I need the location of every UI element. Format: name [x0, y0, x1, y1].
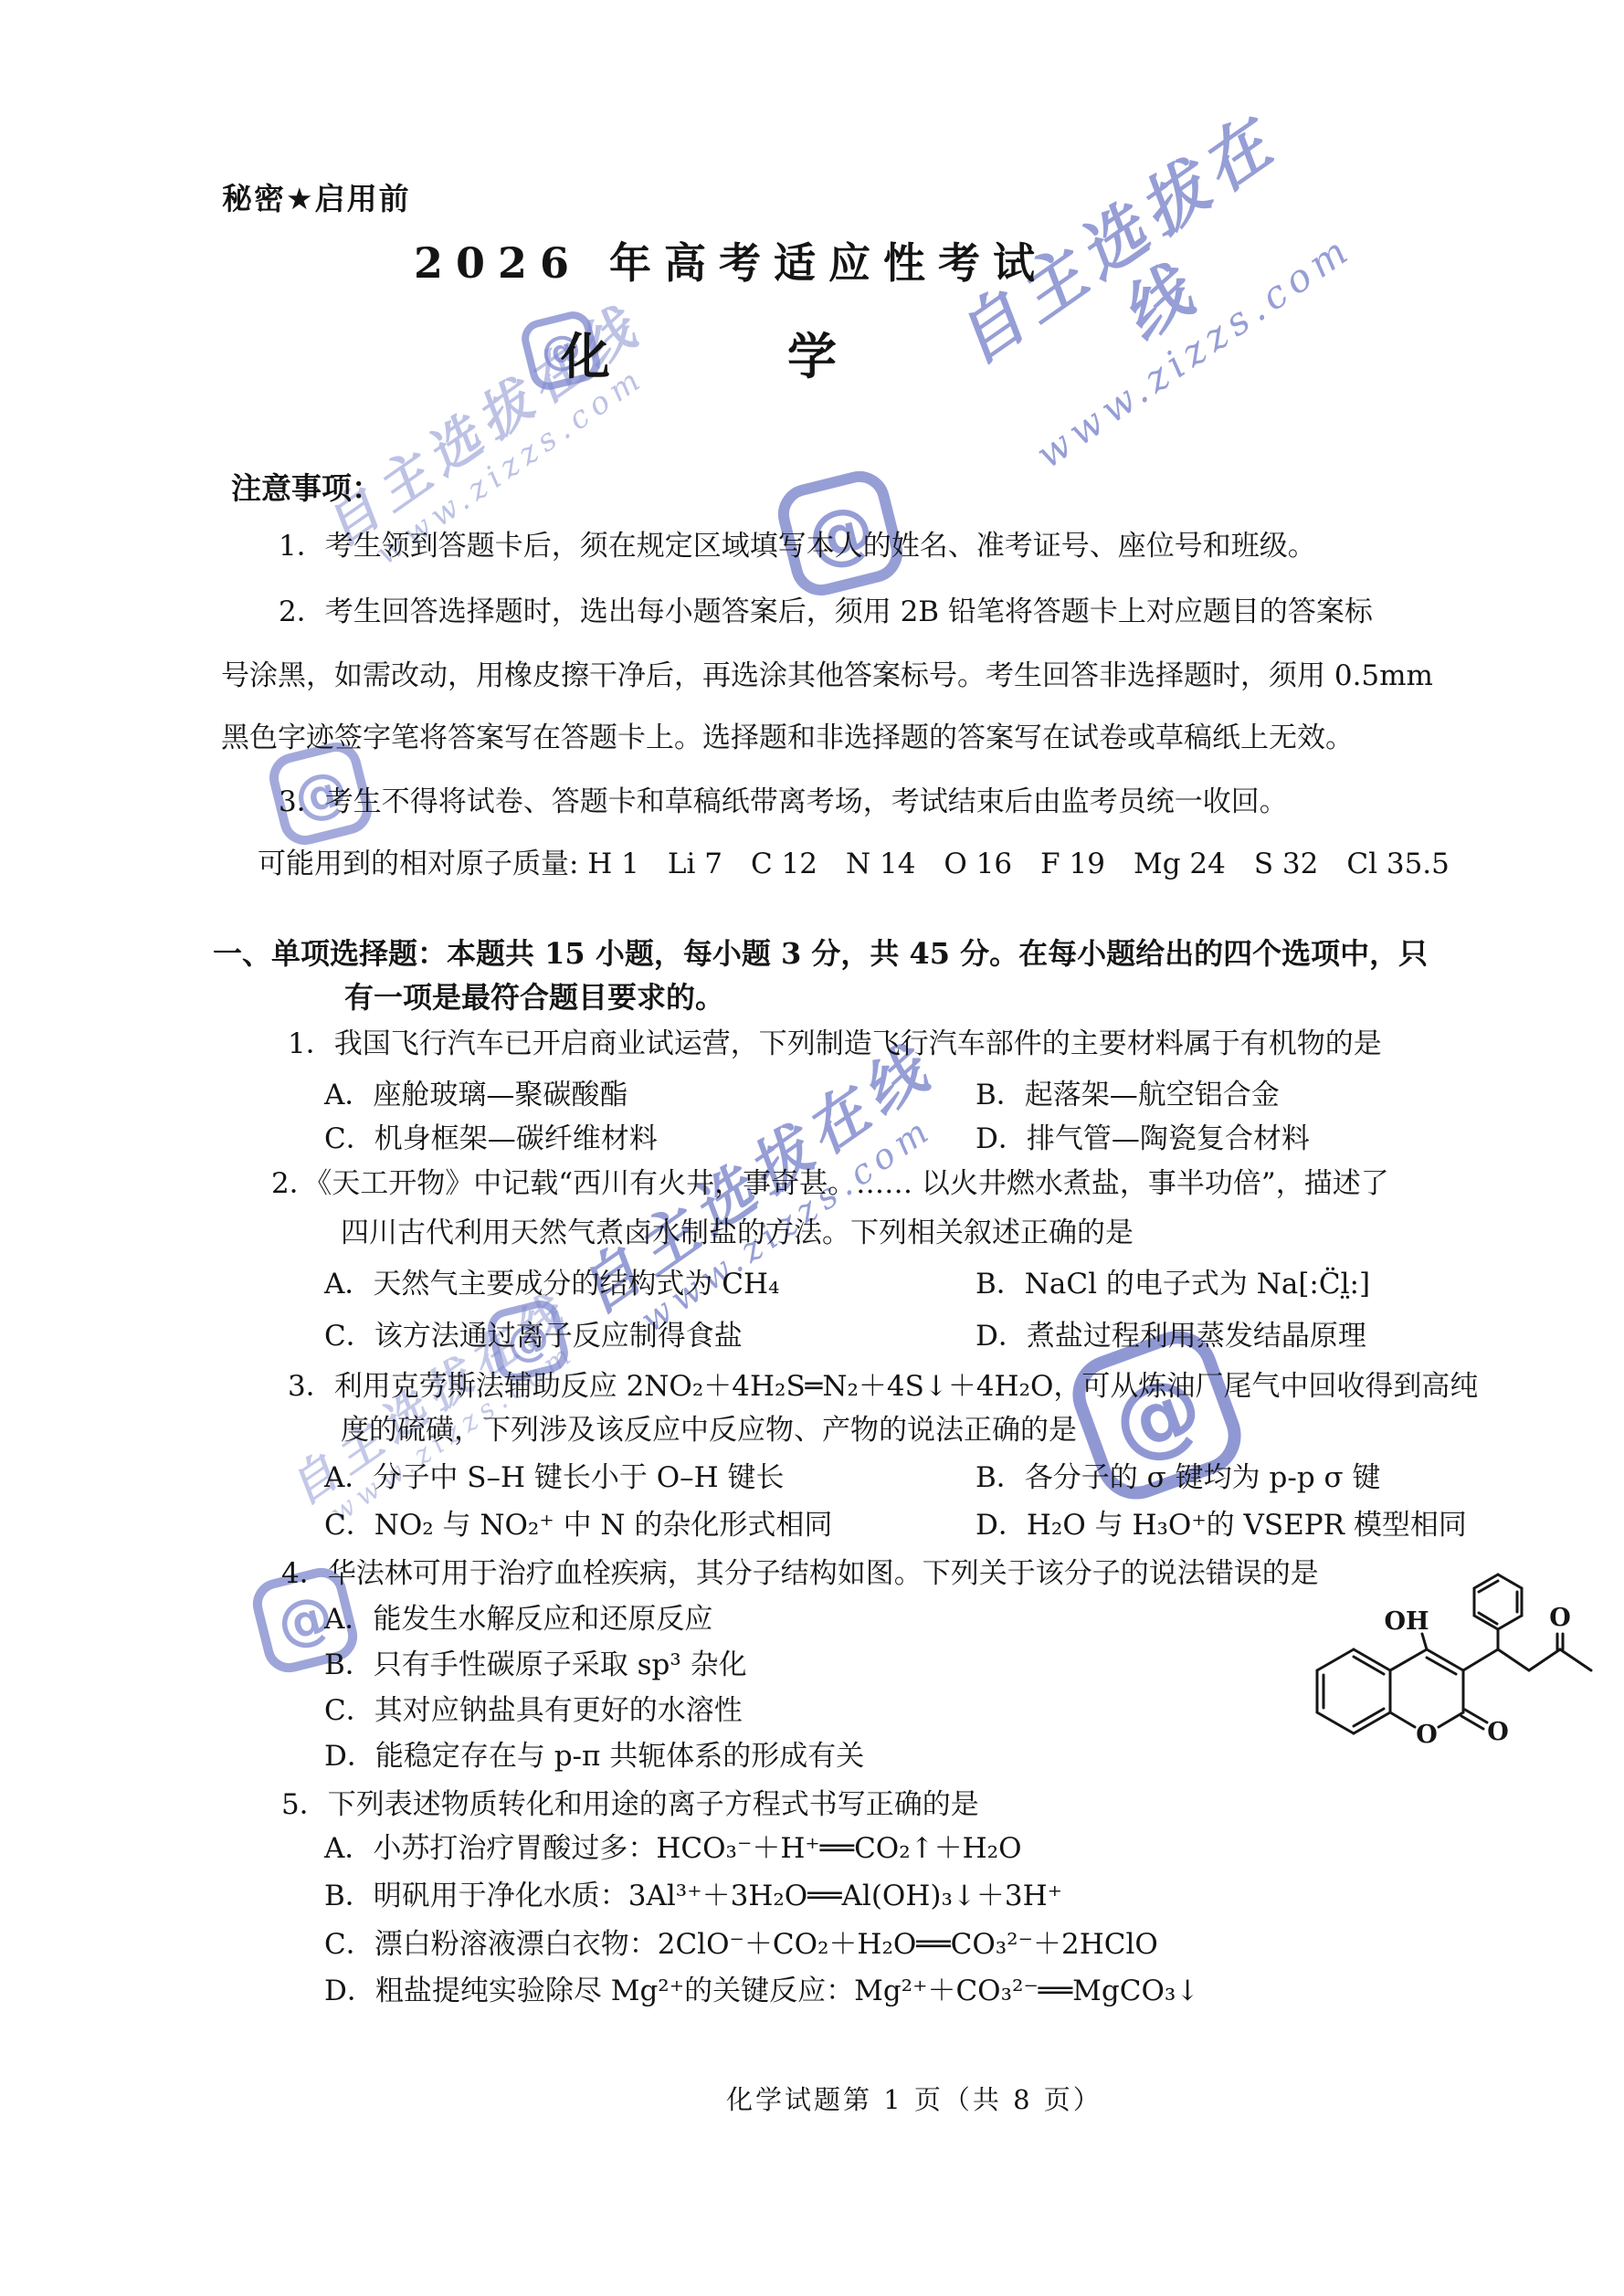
q4-stem: 4．华法林可用于治疗血栓疾病，其分子结构如图。下列关于该分子的说法错误的是	[281, 1557, 1319, 1591]
notice-item-2-line-3: 黑色字迹签字笔将答案写在答题卡上。选择题和非选择题的答案写在试卷或草稿纸上无效。	[221, 721, 1354, 755]
q1-stem: 1．我国飞行汽车已开启商业试运营，下列制造飞行汽车部件的主要材料属于有机物的是	[288, 1027, 1382, 1061]
q1-option-a: A．座舱玻璃—聚碳酸酯	[324, 1079, 627, 1112]
q2-stem-line-2: 四川古代利用天然气煮卤水制盐的方法。下列相关叙述正确的是	[341, 1216, 1134, 1250]
page-footer: 化学试题第 1 页（共 8 页）	[726, 2084, 1102, 2116]
ring-oxygen-label: O	[1416, 1721, 1438, 1749]
q3-stem-line-2: 度的硫磺，下列涉及该反应中反应物、产物的说法正确的是	[341, 1414, 1077, 1448]
q2-stem-line-1: 2．《天工开物》中记载“西川有火井，事奇甚。…… 以火井燃水煮盐，事半功倍”，描…	[271, 1167, 1389, 1201]
notice-item-1: 1．考生领到答题卡后，须在规定区域填写本人的姓名、准考证号、座位号和班级。	[279, 530, 1316, 563]
q3-option-c: C．NO₂ 与 NO₂⁺ 中 N 的杂化形式相同	[324, 1509, 832, 1543]
q4-option-b: B．只有手性碳原子采取 sp³ 杂化	[324, 1648, 747, 1682]
q4-option-a: A．能发生水解反应和还原反应	[324, 1603, 712, 1637]
warfarin-structure-diagram: OH O O O	[1299, 1545, 1614, 1773]
q5-stem: 5．下列表述物质转化和用途的离子方程式书写正确的是	[281, 1788, 979, 1822]
hydroxyl-label: OH	[1384, 1607, 1429, 1636]
q2-option-d: D．煮盐过程利用蒸发结晶原理	[975, 1320, 1366, 1353]
watermark-script-q4: 自主选拔在线 www.zizzs.com	[272, 1278, 605, 1545]
q2-option-c: C．该方法通过离子反应制得食盐	[324, 1320, 743, 1353]
q4-option-c: C．其对应钠盐具有更好的水溶性	[324, 1694, 743, 1728]
subject-title: 化 学	[0, 318, 1461, 388]
q1-option-b: B．起落架—航空铝合金	[975, 1079, 1280, 1112]
exam-title: 2026 年高考适应性考试	[0, 230, 1461, 290]
q1-option-d: D．排气管—陶瓷复合材料	[975, 1122, 1310, 1156]
q5-option-d: D．粗盐提纯实验除尽 Mg²⁺的关键反应：Mg²⁺＋CO₃²⁻══MgCO₃↓	[324, 1975, 1199, 2008]
section-intro-line-2: 有一项是最符合题目要求的。	[344, 980, 724, 1015]
q2-option-a: A．天然气主要成分的结构式为 CH₄	[324, 1268, 779, 1301]
exam-page: 自主选拔在线 www.zizzs.com 自主选拔在线 www.zizzs.co…	[0, 0, 1624, 2296]
ketone-oxygen-label: O	[1549, 1604, 1571, 1632]
notice-item-2-line-2: 号涂黑，如需改动，用橡皮擦干净后，再选涂其他答案标号。考生回答非选择题时，须用 …	[221, 659, 1433, 693]
q5-option-a: A．小苏打治疗胃酸过多：HCO₃⁻＋H⁺══CO₂↑＋H₂O	[324, 1832, 1021, 1866]
q2-option-b: B．NaCl 的电子式为 Na[:C̈l̤:]	[975, 1268, 1370, 1301]
notice-item-2-line-1: 2．考生回答选择题时，选出每小题答案后，须用 2B 铅笔将答题卡上对应题目的答案…	[279, 595, 1373, 629]
q3-stem-line-1: 3．利用克劳斯法辅助反应 2NO₂＋4H₂S═N₂＋4S↓＋4H₂O，可从炼油厂…	[288, 1370, 1478, 1404]
q3-option-d: D．H₂O 与 H₃O⁺的 VSEPR 模型相同	[975, 1509, 1467, 1543]
q3-option-a: A．分子中 S–H 键长小于 O–H 键长	[324, 1461, 785, 1495]
q1-option-c: C．机身框架—碳纤维材料	[324, 1122, 658, 1156]
q4-option-d: D．能稳定存在与 p-π 共轭体系的形成有关	[324, 1740, 864, 1774]
notices-heading: 注意事项：	[231, 470, 382, 507]
notice-item-3: 3．考生不得将试卷、答题卡和草稿纸带离考场，考试结束后由监考员统一收回。	[279, 785, 1288, 819]
lactone-oxygen-label: O	[1487, 1718, 1509, 1746]
molecule-svg: OH O O O	[1299, 1545, 1614, 1769]
q5-option-c: C．漂白粉溶液漂白衣物：2ClO⁻＋CO₂＋H₂O══CO₃²⁻＋2HClO	[324, 1928, 1158, 1962]
security-notice: 秘密★启用前	[222, 181, 411, 217]
q5-option-b: B．明矾用于净化水质：3Al³⁺＋3H₂O══Al(OH)₃↓＋3H⁺	[324, 1880, 1062, 1913]
q3-option-b: B．各分子的 σ 键均为 p-p σ 键	[975, 1461, 1381, 1495]
section-intro-line-1: 一、单项选择题：本题共 15 小题，每小题 3 分，共 45 分。在每小题给出的…	[213, 936, 1428, 971]
atomic-masses-line: 可能用到的相对原子质量: H 1 Li 7 C 12 N 14 O 16 F 1…	[258, 848, 1450, 881]
